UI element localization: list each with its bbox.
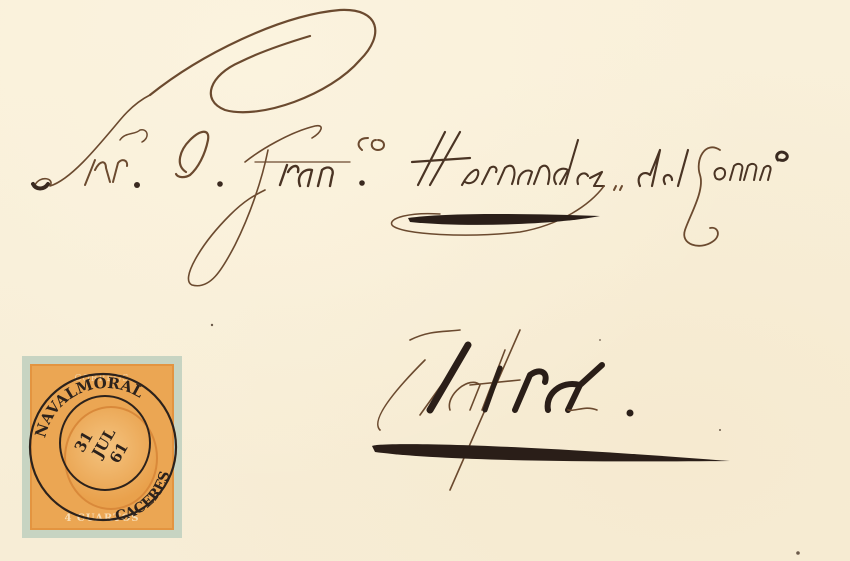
- postmark-province: CACERES: [114, 469, 174, 524]
- postmark-cancel: NAVALMORAL CACERES 31 JUL 61: [0, 0, 850, 561]
- postmark-town: NAVALMORAL: [31, 374, 147, 440]
- envelope-cover: CORREOS 4 CUARTOS NAVALMORAL CACERES 31 …: [0, 0, 850, 561]
